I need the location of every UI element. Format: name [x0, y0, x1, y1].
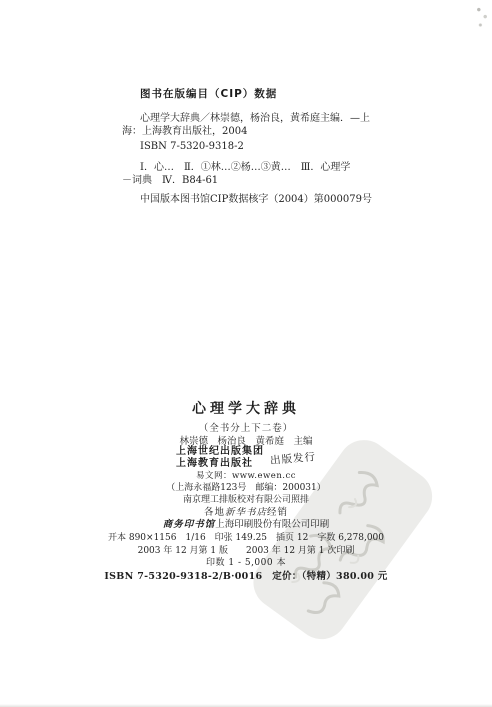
book-subtitle: （全书分上下二卷） — [0, 420, 492, 434]
isbn-price-line: ISBN 7-5320-9318-2/B·0016 定价：（特精）380.00 … — [0, 568, 492, 582]
cip-block: 图书在版编目（CIP）数据 心理学大辞典／林崇德，杨治良，黄希庭主编．—上 海：… — [122, 88, 362, 206]
scan-speck-artifact — [474, 4, 490, 32]
publish-role-label: 出版发行 — [269, 449, 316, 468]
book-title: 心理学大辞典 — [0, 398, 492, 418]
printing-line: 商务印书馆上海印刷股份有限公司印刷 — [0, 516, 492, 530]
publisher-block: 上海世纪出版集团 上海教育出版社 出版发行 — [0, 446, 492, 470]
printing-brand: 商务印书馆 — [163, 519, 216, 530]
cip-entry-line2: 海：上海教育出版社，2004 — [122, 125, 362, 138]
publisher-group: 上海世纪出版集团 — [176, 446, 264, 458]
editors-line: 林崇德 杨治良 黄希庭 主编 — [0, 433, 492, 447]
book-copyright-page: 图书在版编目（CIP）数据 心理学大辞典／林崇德，杨治良，黄希庭主编．—上 海：… — [0, 0, 492, 707]
cip-header: 图书在版编目（CIP）数据 — [122, 88, 362, 101]
cip-isbn: ISBN 7-5320-9318-2 — [122, 140, 362, 153]
cip-record-number: 中国版本图书馆CIP数据核字（2004）第000079号 — [122, 193, 362, 206]
print-run-line: 印数 1 - 5,000 本 — [0, 555, 492, 568]
publisher-names: 上海世纪出版集团 上海教育出版社 — [176, 446, 264, 470]
format-specs-line: 开本 890×1156 1/16 印张 149.25 插页 12 字数 6,27… — [0, 530, 492, 543]
cip-class-line1: Ⅰ．心… Ⅱ．①林…②杨…③黄… Ⅲ．心理学 — [122, 161, 362, 174]
printing-company: 上海印刷股份有限公司印刷 — [215, 519, 329, 530]
cip-entry-line1: 心理学大辞典／林崇德，杨治良，黄希庭主编．—上 — [122, 112, 362, 125]
cip-class-line2: －词典 Ⅳ．B84-61 — [122, 174, 362, 187]
